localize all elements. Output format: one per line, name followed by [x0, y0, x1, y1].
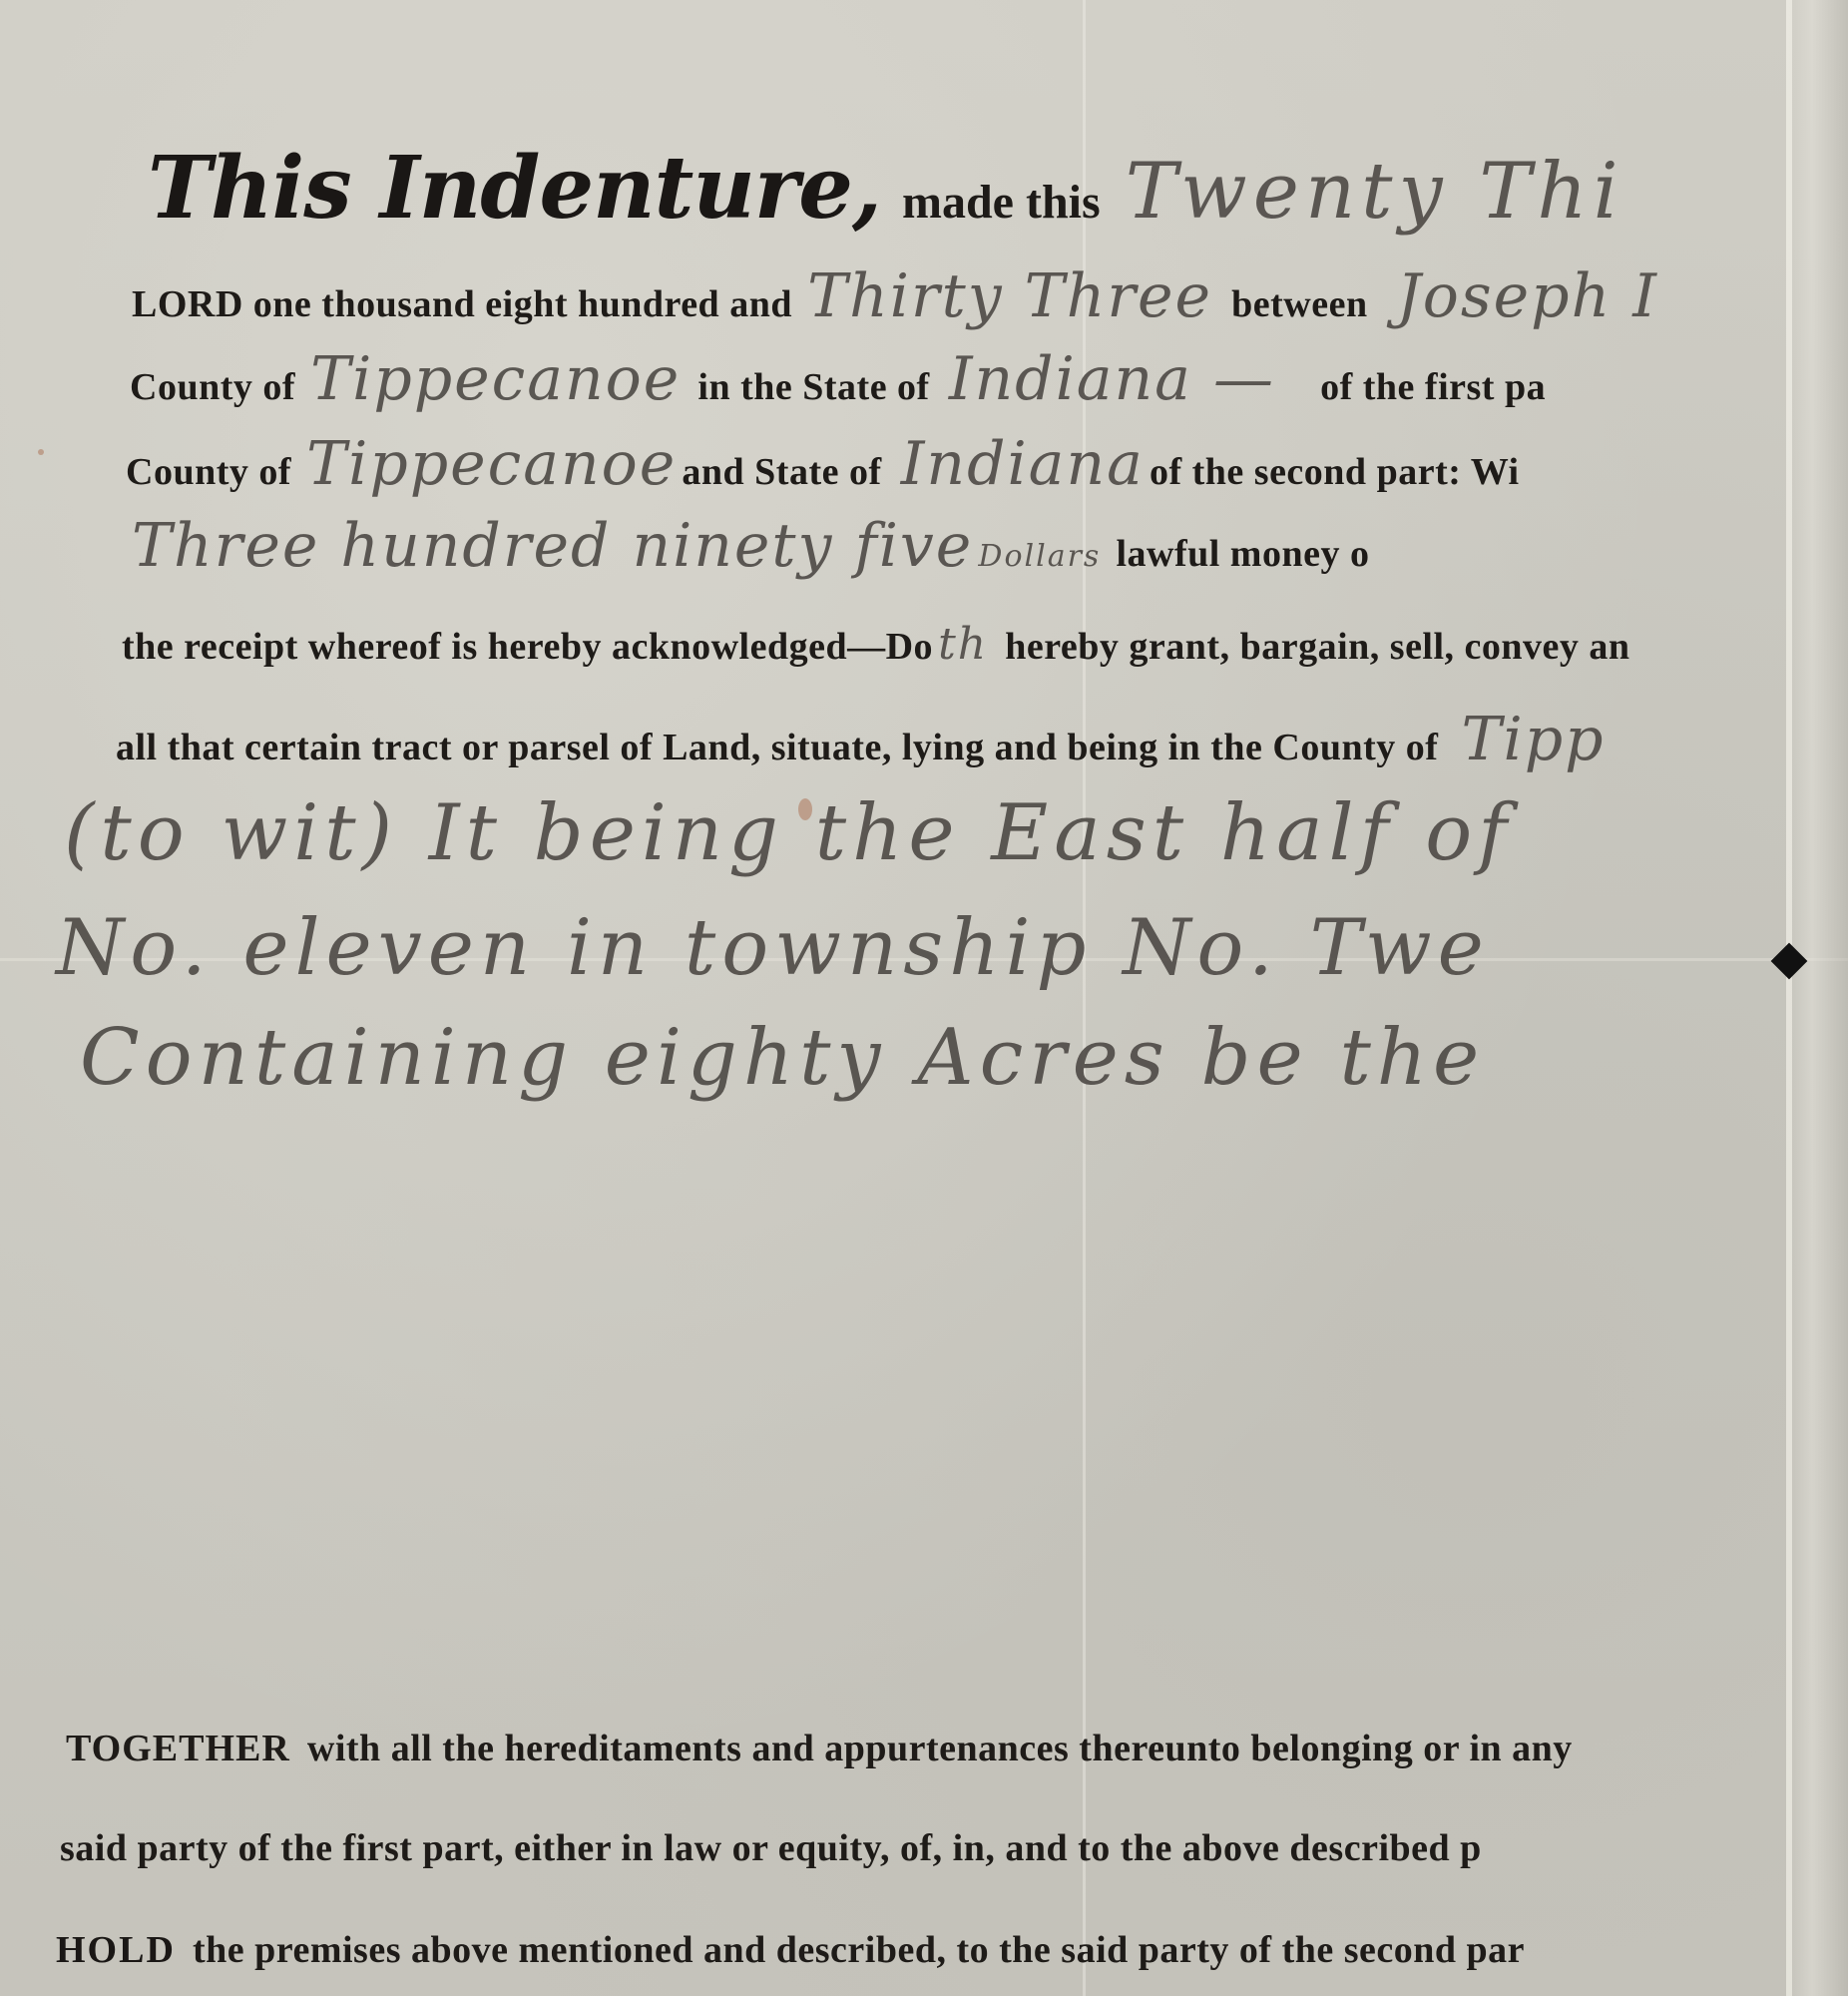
printed-second-part: of the second part: Wi	[1150, 451, 1520, 493]
handwritten-day: Twenty Thi	[1126, 147, 1624, 237]
paper-edge-shadow	[1788, 0, 1848, 1996]
deed-line-year: LORD one thousand eight hundred and Thir…	[132, 261, 1658, 331]
printed-tract-text: all that certain tract or parsel of Land…	[116, 727, 1438, 768]
deed-line-amount: Three hundred ninety five Dollars lawful…	[132, 511, 1369, 581]
handwritten-grantor-name: Joseph I	[1397, 261, 1658, 331]
handwritten-state: Indiana —	[949, 344, 1275, 414]
handwritten-dollars: Dollars	[978, 539, 1101, 574]
printed-first-part: of the first pa	[1320, 366, 1546, 408]
handwritten-county: Tippecanoe	[306, 429, 677, 499]
printed-hold-lead: HOLD	[56, 1929, 176, 1971]
document-title: This Indenture,	[148, 138, 881, 239]
handwritten-th: th	[938, 619, 988, 670]
printed-receipt-text: the receipt whereof is hereby acknowledg…	[122, 626, 933, 668]
heading-made-this: made this	[902, 176, 1101, 229]
printed-between: between	[1231, 283, 1367, 325]
deed-line-grantee-county: County of Tippecanoe and State of Indian…	[126, 429, 1520, 499]
printed-state-of: in the State of	[697, 366, 929, 408]
printed-lawful-money: lawful money o	[1116, 533, 1369, 575]
deed-line-first-part: said party of the first part, either in …	[60, 1826, 1482, 1870]
printed-county-of: County of	[130, 366, 295, 408]
handwritten-description-line-1: (to wit) It being the East half of	[64, 788, 1513, 878]
printed-together-lead: TOGETHER	[66, 1728, 290, 1769]
printed-together-text: with all the hereditaments and appurtena…	[307, 1728, 1573, 1769]
deed-line-hold: HOLD the premises above mentioned and de…	[56, 1928, 1525, 1972]
deed-heading: This Indenture, made this Twenty Thi	[148, 138, 1624, 239]
handwritten-description-line-3: Containing eighty Acres be the	[80, 1013, 1485, 1103]
ink-stain-small	[38, 449, 44, 455]
printed-first-part-text: said party of the first part, either in …	[60, 1827, 1482, 1869]
printed-county-of: County of	[126, 451, 291, 493]
handwritten-state: Indiana	[901, 429, 1145, 499]
handwritten-amount: Three hundred ninety five	[132, 511, 973, 581]
deed-line-receipt: the receipt whereof is hereby acknowledg…	[122, 619, 1630, 670]
handwritten-year: Thirty Three	[807, 261, 1212, 331]
deed-line-tract: all that certain tract or parsel of Land…	[116, 705, 1606, 774]
printed-and-state-of: and State of	[682, 451, 881, 493]
deed-line-grantor-county: County of Tippecanoe in the State of Ind…	[130, 344, 1546, 414]
printed-year-text: LORD one thousand eight hundred and	[132, 283, 792, 325]
handwritten-county: Tippecanoe	[310, 344, 681, 414]
deed-line-together: TOGETHER with all the hereditaments and …	[66, 1727, 1573, 1770]
handwritten-description-line-2: No. eleven in township No. Twe	[56, 903, 1490, 993]
printed-grant-text: hereby grant, bargain, sell, convey an	[1005, 626, 1629, 668]
printed-hold-text: the premises above mentioned and describ…	[193, 1929, 1525, 1971]
handwritten-county-partial: Tipp	[1462, 705, 1606, 774]
